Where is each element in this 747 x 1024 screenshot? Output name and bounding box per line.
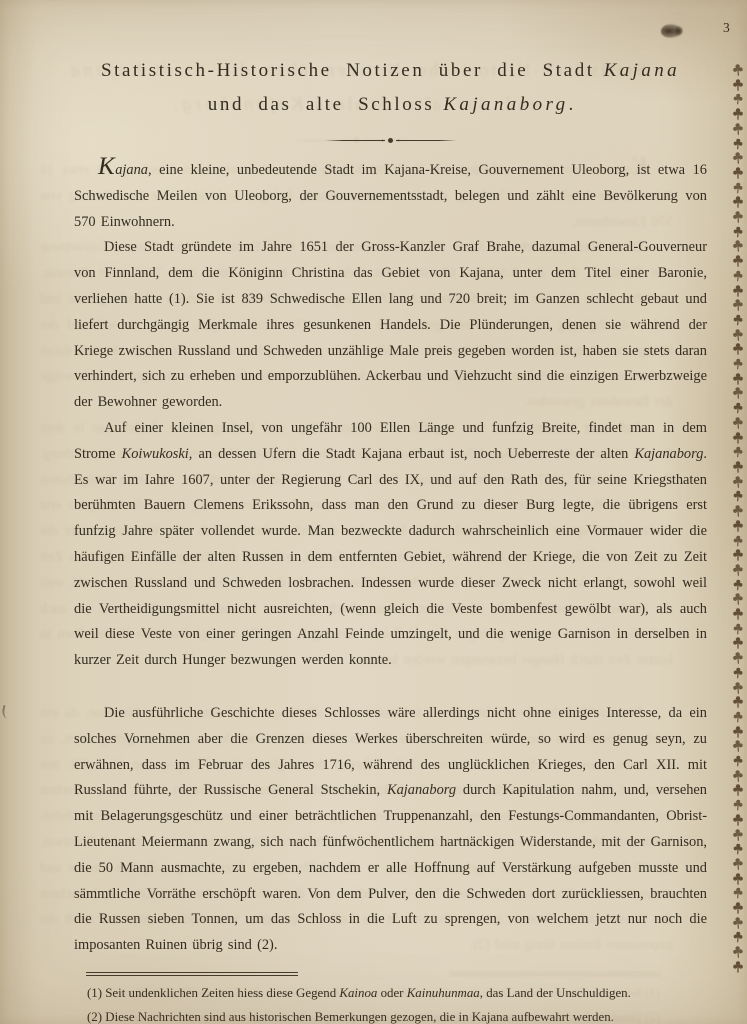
fleuron-icon [732,299,743,313]
fleuron-icon [733,667,743,680]
fleuron-icon [733,255,743,268]
fleuron-icon [732,858,743,872]
text-run: Diese Stadt gründete im Jahre 1651 der G… [74,239,707,410]
fleuron-icon [733,314,743,327]
fleuron-icon [733,182,743,195]
emphasized-text: K [98,153,115,180]
fleuron-icon [733,358,743,371]
divider-dot-icon [388,138,393,143]
text-run: . Es war im Iahre 1607, unter der Regier… [74,446,707,668]
page-edge-ornament-border [730,64,746,974]
text-run: (1) Seit undenklichen Zeiten hiess diese… [87,986,339,1000]
emphasized-text: Koiwukoski [122,446,189,462]
fleuron-icon [732,593,743,607]
page-content: Statistisch-Historische Notizen über die… [0,0,747,1024]
fleuron-icon [732,475,743,489]
fleuron-icon [732,740,743,754]
fleuron-icon [733,784,743,797]
fleuron-icon [732,681,743,695]
paragraph-3: Auf einer kleinen Insel, von ungefähr 10… [74,416,707,674]
footnote-1: (1) Seit undenklichen Zeiten hiess diese… [87,982,705,1006]
fleuron-icon [733,226,743,239]
fleuron-icon [733,961,743,974]
fleuron-icon [733,108,743,121]
fleuron-icon [733,535,743,548]
emphasized-text: Kainoa [339,986,377,1000]
footnote-separator [86,972,298,976]
fleuron-icon [732,769,743,783]
fleuron-icon [732,387,743,401]
fleuron-icon [733,623,743,636]
fleuron-icon [733,270,743,283]
fleuron-icon [733,343,743,356]
divider-line-right [396,140,457,141]
title-divider-ornament [325,138,457,143]
fleuron-icon [733,843,743,856]
fleuron-icon [733,696,743,709]
fleuron-icon [732,328,743,342]
title-line2-emphasis: Kajanaborg [443,94,568,115]
divider-line-left [325,140,386,141]
scanned-page: Statistisch-Historische Notizen über die… [0,0,747,1024]
footnotes: (1) Seit undenklichen Zeiten hiess diese… [74,982,705,1024]
fleuron-icon [733,549,743,562]
fleuron-icon [733,711,743,724]
title-line2-text: und das alte Schloss [208,94,435,115]
fleuron-icon [733,446,743,459]
fleuron-icon [733,79,743,92]
fleuron-icon [732,211,743,225]
paragraph-2: Diese Stadt gründete im Jahre 1651 der G… [74,235,707,416]
fleuron-icon [732,416,743,430]
fleuron-icon [733,491,743,504]
text-run: , an dessen Ufern die Stadt Kajana erbau… [189,446,635,462]
footnote-2: (2) Diese Nachrichten sind aus historisc… [87,1006,705,1024]
paragraph-4: Die ausführliche Geschichte dieses Schlo… [74,701,707,959]
fleuron-icon [732,916,743,930]
fleuron-icon [733,579,743,592]
fleuron-icon [733,637,743,650]
fleuron-icon [733,608,743,621]
fleuron-icon [733,799,743,812]
fleuron-icon [733,726,743,739]
emphasized-text: ajana [115,162,148,178]
fleuron-icon [733,196,743,209]
text-run: oder [377,986,406,1000]
fleuron-icon [733,285,743,298]
title-line1-emphasis: Kajana [604,60,680,81]
fleuron-icon [733,138,743,151]
emphasized-text: Kajanaborg [387,782,456,798]
fleuron-icon [733,932,743,945]
fleuron-icon [733,520,743,533]
fleuron-icon [733,461,743,474]
text-run: , eine kleine, unbedeutende Stadt im Kaj… [74,162,707,230]
fleuron-icon [733,814,743,827]
text-run: (2) Diese Nachrichten sind aus historisc… [87,1010,614,1024]
fleuron-icon [733,902,743,915]
text-run: durch Kapitulation nahm, und, versehen m… [74,782,707,953]
title-line-1: Statistisch-Historische Notizen über die… [74,54,707,88]
fleuron-icon [732,828,743,842]
title-line1-text: Statistisch-Historische Notizen über die… [101,60,595,81]
page-number: 3 [723,20,730,36]
ink-blot [661,24,683,38]
emphasized-text: Kainuhunmaa [407,986,480,1000]
fleuron-icon [733,373,743,386]
fleuron-icon [733,167,743,180]
fleuron-icon [733,873,743,886]
text-run: , das Land der Unschuldigen. [480,986,631,1000]
page-title: Statistisch-Historische Notizen über die… [74,54,707,122]
title-line2-suffix: . [568,94,573,115]
fleuron-icon [733,402,743,415]
body-paragraphs: Kajana, eine kleine, unbedeutende Stadt … [74,158,707,959]
fleuron-icon [732,152,743,166]
emphasized-text: Kajanaborg [634,446,703,462]
fleuron-icon [732,64,743,78]
fleuron-icon [732,946,743,960]
fleuron-icon [733,94,743,107]
paragraph-1: Kajana, eine kleine, unbedeutende Stadt … [74,158,707,235]
fleuron-icon [733,432,743,445]
fleuron-icon [732,240,743,254]
fleuron-icon [733,888,743,901]
fleuron-icon [732,563,743,577]
fleuron-icon [732,652,743,666]
fleuron-icon [732,122,743,136]
fleuron-icon [733,755,743,768]
fleuron-icon [732,505,743,519]
title-line-2: und das alte SchlossKajanaborg. [74,88,707,122]
